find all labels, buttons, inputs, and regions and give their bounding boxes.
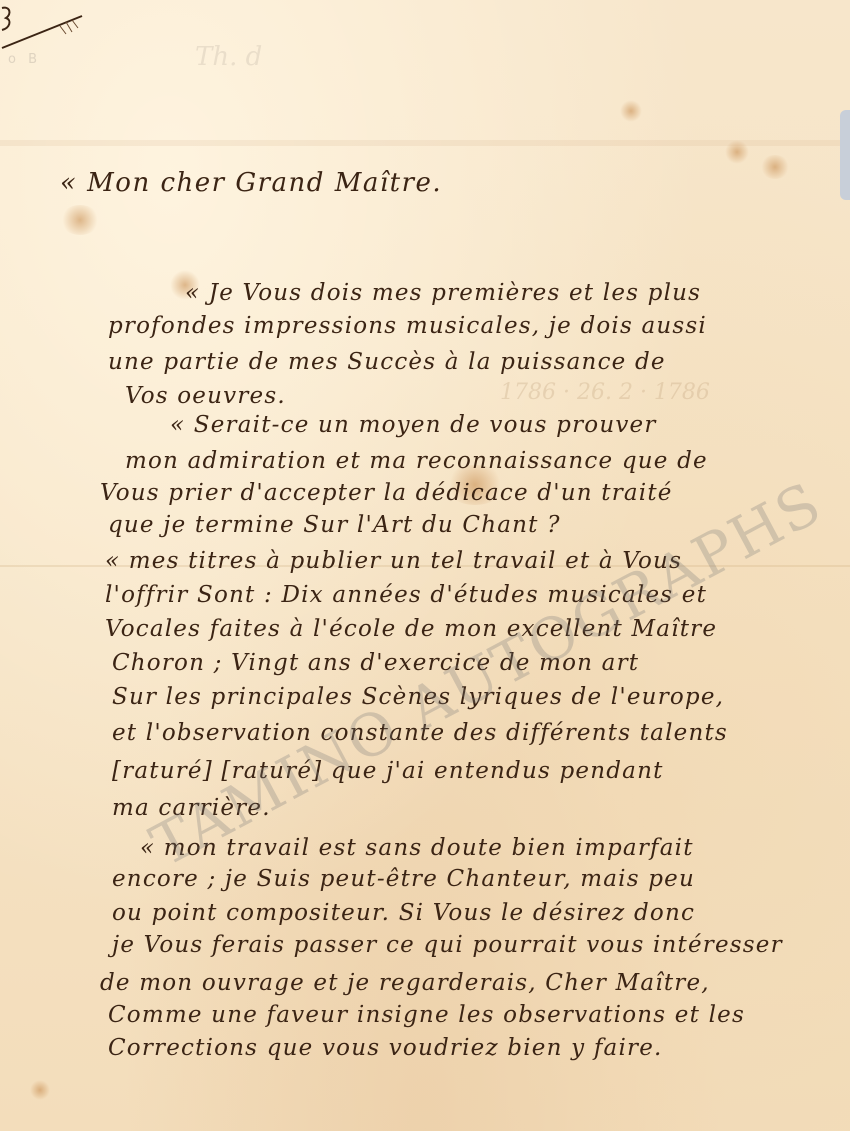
foxing-stain — [760, 155, 790, 179]
letter-line: Vos oeuvres. — [125, 383, 286, 409]
letter-line: de mon ouvrage et je regarderais, Cher M… — [100, 970, 710, 996]
faint-pencil-note: Th. d — [195, 42, 262, 72]
letter-line: « mon travail est sans doute bien imparf… — [140, 835, 694, 861]
letter-line: mon admiration et ma reconnaissance que … — [125, 448, 708, 474]
letter-line: [raturé] [raturé] que j'ai entendus pend… — [112, 758, 664, 784]
ink-bleed-through: 1786 · 26. 2 · 1786 — [500, 380, 710, 405]
foxing-stain — [620, 100, 642, 122]
letter-line: profondes impressions musicales, je dois… — [108, 313, 707, 339]
paper-fold-line — [0, 140, 850, 146]
foxing-stain — [60, 205, 100, 235]
letter-line: Corrections que vous voudriez bien y fai… — [108, 1035, 663, 1061]
letter-line: ma carrière. — [112, 795, 271, 821]
letter-line: Sur les principales Scènes lyriques de l… — [112, 684, 724, 710]
corner-pen-mark-icon — [0, 0, 90, 60]
torn-paper-edge — [840, 110, 850, 200]
letter-line: je Vous ferais passer ce qui pourrait vo… — [112, 932, 783, 958]
letter-line: que je termine Sur l'Art du Chant ? — [108, 512, 561, 538]
letter-line: ou point compositeur. Si Vous le désirez… — [112, 900, 695, 926]
blind-stamp: o B — [8, 52, 41, 67]
foxing-stain — [725, 140, 749, 164]
letter-line: Vous prier d'accepter la dédicace d'un t… — [100, 480, 673, 506]
foxing-stain — [30, 1080, 50, 1100]
letter-line: Choron ; Vingt ans d'exercice de mon art — [112, 650, 639, 676]
letter-line: encore ; je Suis peut-être Chanteur, mai… — [112, 866, 695, 892]
letter-line: Comme une faveur insigne les observation… — [108, 1002, 745, 1028]
letter-line: « mes titres à publier un tel travail et… — [105, 548, 682, 574]
letter-line: l'offrir Sont : Dix années d'études musi… — [105, 582, 707, 608]
letter-line: une partie de mes Succès à la puissance … — [108, 349, 666, 375]
salutation: « Mon cher Grand Maître. — [60, 168, 442, 198]
letter-line: et l'observation constante des différent… — [112, 720, 728, 746]
letter-line: « Serait-ce un moyen de vous prouver — [170, 412, 657, 438]
letter-line: Vocales faites à l'école de mon excellen… — [105, 616, 717, 642]
letter-line: « Je Vous dois mes premières et les plus — [185, 280, 701, 306]
letter-page: o B Th. d 1786 · 26. 2 · 1786 « Mon cher… — [0, 0, 850, 1131]
